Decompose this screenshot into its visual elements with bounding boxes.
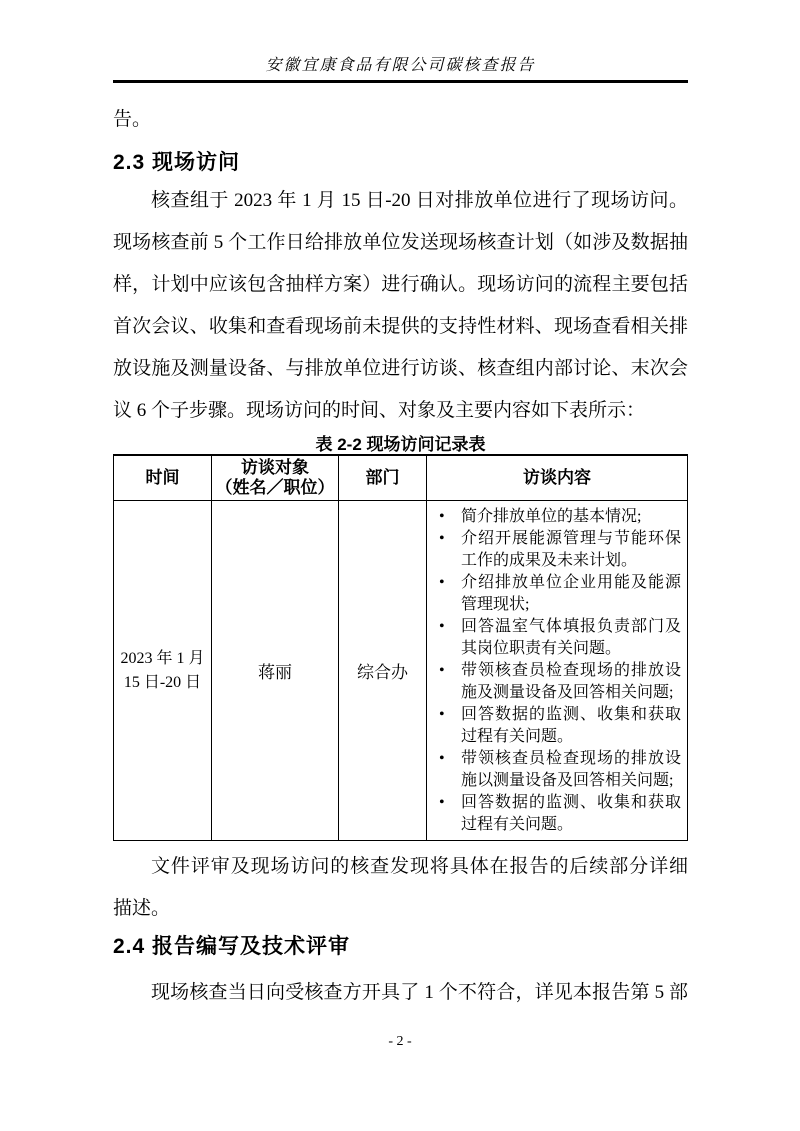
col-header-department: 部门: [339, 455, 427, 501]
topic-text: 带领核查员检查现场的排放设施及测量设备及回答相关问题;: [461, 660, 681, 704]
after-table-paragraph: 文件评审及现场访问的核查发现将具体在报告的后续部分详细 描述。: [113, 846, 688, 930]
cell-interviewee: 蒋丽: [212, 501, 339, 841]
cell-time: 2023 年 1 月 15 日-20 日: [114, 501, 212, 841]
table-2-2-caption: 表 2-2 现场访问记录表: [113, 430, 688, 455]
paragraph-line: 首次会议、收集和查看现场前未提供的支持性材料、现场查看相关排: [113, 306, 688, 348]
section-2-3-heading: 2.3 现场访问: [113, 146, 688, 176]
topic-text: 带领核查员检查现场的排放设施以测量设备及回答相关问题;: [461, 748, 681, 792]
bullet-marker-icon: •: [433, 572, 461, 616]
paragraph-line: 放设施及测量设备、与排放单位进行访谈、核查组内部讨论、末次会: [113, 348, 688, 390]
topic-text: 介绍排放单位企业用能及能源管理现状;: [461, 572, 681, 616]
topic-list: •简介排放单位的基本情况; •介绍开展能源管理与节能环保工作的成果及未来计划。 …: [433, 506, 681, 836]
list-item: •介绍开展能源管理与节能环保工作的成果及未来计划。: [433, 528, 681, 572]
section-2-4-paragraph: 现场核查当日向受核查方开具了 1 个不符合，详见本报告第 5 部: [113, 972, 688, 1014]
paragraph-line: 现场核查前 5 个工作日给排放单位发送现场核查计划（如涉及数据抽: [113, 222, 688, 264]
visit-record-table: 时间 访谈对象 （姓名／职位） 部门 访谈内容 2023 年 1 月 15 日-…: [113, 454, 688, 841]
carryover-line: 告。: [113, 104, 688, 131]
col-header-interviewee-line1: 访谈对象: [214, 458, 336, 478]
table-header-row: 时间 访谈对象 （姓名／职位） 部门 访谈内容: [114, 455, 688, 501]
col-header-time: 时间: [114, 455, 212, 501]
bullet-marker-icon: •: [433, 506, 461, 528]
list-item: •回答数据的监测、收集和获取过程有关问题。: [433, 704, 681, 748]
list-item: •介绍排放单位企业用能及能源管理现状;: [433, 572, 681, 616]
bullet-marker-icon: •: [433, 792, 461, 836]
cell-time-line2: 15 日-20 日: [114, 671, 211, 695]
bullet-marker-icon: •: [433, 704, 461, 748]
section-2-3-paragraph: 核查组于 2023 年 1 月 15 日-20 日对排放单位进行了现场访问。 现…: [113, 180, 688, 432]
cell-department: 综合办: [339, 501, 427, 841]
bullet-marker-icon: •: [433, 528, 461, 572]
paragraph-line: 现场核查当日向受核查方开具了 1 个不符合，详见本报告第 5 部: [113, 972, 688, 1014]
paragraph-line: 描述。: [113, 888, 688, 930]
paragraph-line: 核查组于 2023 年 1 月 15 日-20 日对排放单位进行了现场访问。: [113, 180, 688, 222]
list-item: •带领核查员检查现场的排放设施以测量设备及回答相关问题;: [433, 748, 681, 792]
bullet-marker-icon: •: [433, 616, 461, 660]
bullet-marker-icon: •: [433, 748, 461, 792]
page-number: - 2 -: [0, 1034, 800, 1050]
col-header-interviewee: 访谈对象 （姓名／职位）: [212, 455, 339, 501]
topic-text: 回答数据的监测、收集和获取过程有关问题。: [461, 704, 681, 748]
col-header-content: 访谈内容: [427, 455, 688, 501]
bullet-marker-icon: •: [433, 660, 461, 704]
cell-time-line1: 2023 年 1 月: [114, 647, 211, 671]
col-header-interviewee-line2: （姓名／职位）: [214, 478, 336, 498]
list-item: •简介排放单位的基本情况;: [433, 506, 681, 528]
paragraph-line: 样，计划中应该包含抽样方案）进行确认。现场访问的流程主要包括: [113, 264, 688, 306]
topic-text: 回答数据的监测、收集和获取过程有关问题。: [461, 792, 681, 836]
running-header-title: 安徽宜康食品有限公司碳核查报告: [113, 52, 688, 75]
running-header: 安徽宜康食品有限公司碳核查报告: [113, 52, 688, 83]
paragraph-line: 议 6 个子步骤。现场访问的时间、对象及主要内容如下表所示：: [113, 390, 688, 432]
cell-interview-content: •简介排放单位的基本情况; •介绍开展能源管理与节能环保工作的成果及未来计划。 …: [427, 501, 688, 841]
topic-text: 回答温室气体填报负责部门及其岗位职责有关问题。: [461, 616, 681, 660]
list-item: •带领核查员检查现场的排放设施及测量设备及回答相关问题;: [433, 660, 681, 704]
table-row: 2023 年 1 月 15 日-20 日 蒋丽 综合办 •简介排放单位的基本情况…: [114, 501, 688, 841]
topic-text: 简介排放单位的基本情况;: [461, 506, 681, 528]
topic-text: 介绍开展能源管理与节能环保工作的成果及未来计划。: [461, 528, 681, 572]
paragraph-line: 文件评审及现场访问的核查发现将具体在报告的后续部分详细: [113, 846, 688, 888]
list-item: •回答温室气体填报负责部门及其岗位职责有关问题。: [433, 616, 681, 660]
section-2-4-heading: 2.4 报告编写及技术评审: [113, 930, 688, 960]
list-item: •回答数据的监测、收集和获取过程有关问题。: [433, 792, 681, 836]
